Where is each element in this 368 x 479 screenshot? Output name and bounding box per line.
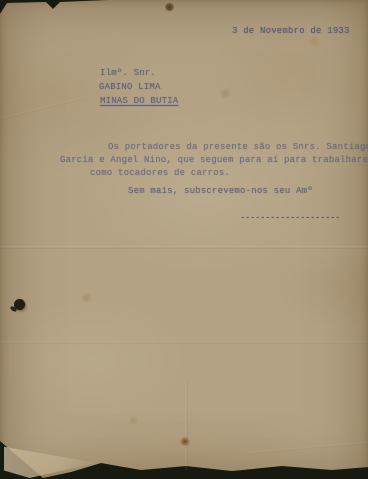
fold-crease-horizontal xyxy=(0,246,368,249)
recipient-salutation: Ilmº. Snr. xyxy=(100,68,156,79)
body-line-2: Garcia e Angel Nino, que seguem para aí … xyxy=(60,155,368,166)
recipient-location: MINAS DO BUTIA xyxy=(100,96,178,107)
date-line: 3 de Novembro de 1933 xyxy=(232,26,350,37)
signature-line: -------------------- xyxy=(240,213,340,224)
hole-punch xyxy=(14,299,25,310)
closing-line: Sem mais, subscrevemo-nos seu Amº xyxy=(128,186,313,197)
recipient-name: GABINO LIMA xyxy=(99,82,161,93)
stain-top-center xyxy=(165,3,174,11)
stain-upper-middle xyxy=(219,88,232,99)
scanned-letter: 3 de Novembro de 1933 Ilmº. Snr. GABINO … xyxy=(0,0,368,479)
stain-top-right xyxy=(306,36,322,48)
stain-bottom-center xyxy=(180,437,190,446)
stain-left-middle xyxy=(80,292,93,303)
letter-paper xyxy=(0,0,368,479)
body-line-3: como tocadores de carros. xyxy=(90,168,230,179)
body-line-1: Os portadores da presente são os Snrs. S… xyxy=(108,142,368,153)
stain-bottom-left xyxy=(128,416,139,425)
fold-crease-vertical xyxy=(185,380,188,470)
fold-crease-horizontal-faint xyxy=(0,341,368,344)
